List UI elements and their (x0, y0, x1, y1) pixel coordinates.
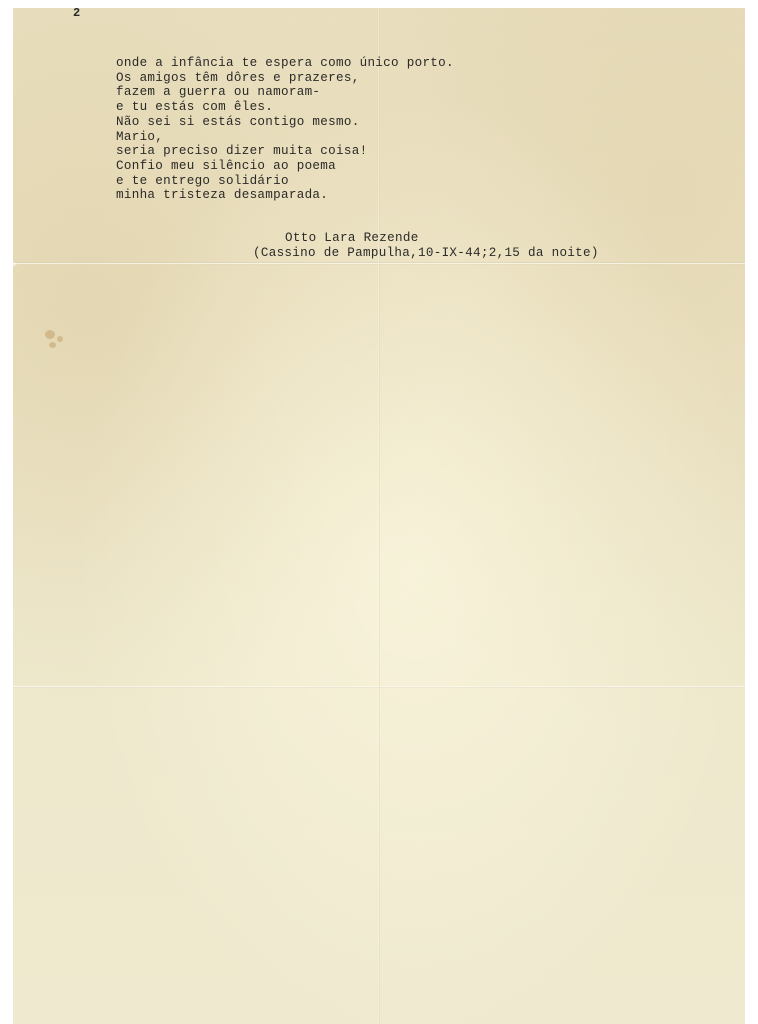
poem-line: minha tristeza desamparada. (116, 188, 454, 203)
poem-line: Não sei si estás contigo mesmo. (116, 115, 454, 130)
poem-line: Os amigos têm dôres e prazeres, (116, 71, 454, 86)
poem-line: Mario, (116, 130, 454, 145)
stain-mark (49, 342, 56, 348)
poem-line: e tu estás com êles. (116, 100, 454, 115)
page-number: 2 (73, 6, 80, 20)
poem-line: onde a infância te espera como único por… (116, 56, 454, 71)
poem-line: Confio meu silêncio ao poema (116, 159, 454, 174)
poem-line: seria preciso dizer muita coisa! (116, 144, 454, 159)
poem-line: fazem a guerra ou namoram- (116, 85, 454, 100)
poem-line: e te entrego solidário (116, 174, 454, 189)
place-date-line: (Cassino de Pampulha,10-IX-44;2,15 da no… (253, 246, 599, 261)
stain-mark (45, 330, 55, 339)
author-signature: Otto Lara Rezende (285, 231, 419, 246)
poem-text: onde a infância te espera como único por… (116, 56, 454, 203)
stain-mark (57, 336, 63, 342)
